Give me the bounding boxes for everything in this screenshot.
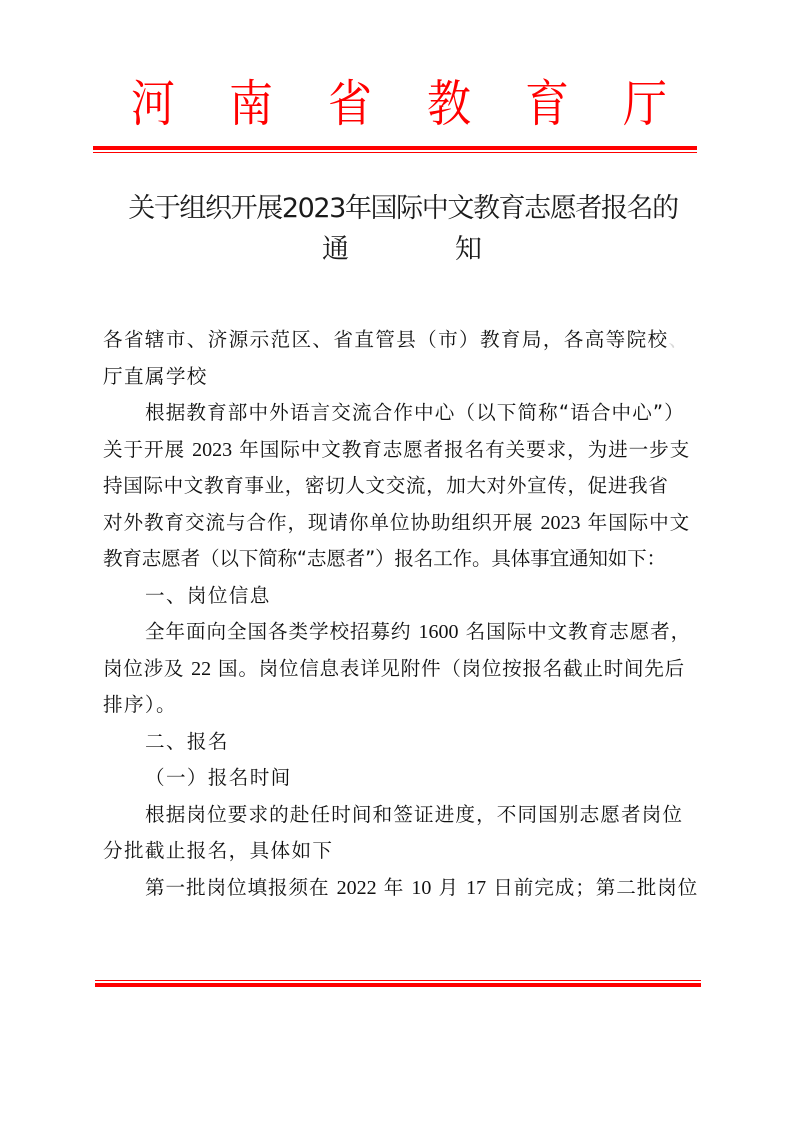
text: 第一批岗位填报须在 xyxy=(145,876,337,899)
section-2-heading: 二、报名 xyxy=(145,724,703,760)
letterhead-char: 厅 xyxy=(623,74,667,134)
section-2-line-2: 分批截止报名，具体如下 xyxy=(103,833,703,869)
deadline-month: 10 xyxy=(411,877,431,899)
text: 年国际中文教育志愿者报名有关要求，为进一步支 xyxy=(232,438,690,461)
letterhead-char: 育 xyxy=(525,74,569,134)
year-number: 2023 xyxy=(541,512,581,534)
letterhead-char: 南 xyxy=(229,74,273,134)
document-page: 河 南 省 教 育 厅 关于组织开展2023年国际中文教育志愿者报名的 通 知 … xyxy=(0,0,793,1122)
text: 月 xyxy=(431,876,466,899)
text: 日前完成；第二批岗位 xyxy=(486,876,698,899)
text: 岗位涉及 xyxy=(103,657,191,680)
document-title: 关于组织开展2023年国际中文教育志愿者报名的 xyxy=(96,191,710,227)
section-1-heading: 一、岗位信息 xyxy=(145,578,703,614)
recipients-text: 各省辖市、济源示范区、省直管县（市）教育局，各高等院校 xyxy=(103,328,668,351)
text: 关于开展 xyxy=(103,438,192,461)
intro-line-4: 对外教育交流与合作，现请你单位协助组织开展 2023 年国际中文 xyxy=(103,505,703,541)
letterhead-char: 河 xyxy=(131,74,175,134)
letterhead-rule-thick xyxy=(93,146,697,150)
text: 对外教育交流与合作，现请你单位协助组织开展 xyxy=(103,511,541,534)
recipients-trailing-mark: 、 xyxy=(668,328,689,351)
intro-line-1: 根据教育部中外语言交流合作中心（以下简称“语合中心”） xyxy=(145,395,703,431)
section-2-sub1-heading: （一）报名时间 xyxy=(145,760,703,796)
intro-line-3: 持国际中文教育事业，密切人文交流，加大对外宣传，促进我省 xyxy=(103,468,703,504)
section-2-line-1: 根据岗位要求的赴任时间和签证进度，不同国别志愿者岗位 xyxy=(145,797,703,833)
text: 全年面向全国各类学校招募约 xyxy=(145,620,419,643)
text: 名国际中文教育志愿者， xyxy=(459,620,692,643)
country-count: 22 xyxy=(191,658,211,680)
deadline-day: 17 xyxy=(466,877,486,899)
year-number: 2023 xyxy=(192,439,232,461)
letterhead-char: 教 xyxy=(427,74,471,134)
text: 国。岗位信息表详见附件（岗位按报名截止时间先后 xyxy=(211,657,685,680)
letterhead-rule-thin xyxy=(93,152,697,153)
intro-line-2: 关于开展 2023 年国际中文教育志愿者报名有关要求，为进一步支 xyxy=(103,432,703,468)
section-2-line-3: 第一批岗位填报须在 2022 年 10 月 17 日前完成；第二批岗位 xyxy=(145,870,703,906)
volunteer-count: 1600 xyxy=(419,621,459,643)
letterhead-char: 省 xyxy=(328,74,372,134)
footer-rule-thick xyxy=(95,983,701,987)
document-title-tong: 通 xyxy=(322,232,349,268)
recipients-line-1: 各省辖市、济源示范区、省直管县（市）教育局，各高等院校、 xyxy=(103,322,703,358)
text: 年 xyxy=(377,876,412,899)
text: 年国际中文 xyxy=(581,511,691,534)
section-1-line-3: 排序）。 xyxy=(103,687,703,723)
intro-line-5: 教育志愿者（以下简称“志愿者”）报名工作。具体事宜通知如下： xyxy=(103,541,703,577)
section-1-line-1: 全年面向全国各类学校招募约 1600 名国际中文教育志愿者， xyxy=(145,614,703,650)
recipients-line-2: 厅直属学校 xyxy=(103,359,703,395)
document-title-zhi: 知 xyxy=(455,232,482,268)
letterhead: 河 南 省 教 育 厅 xyxy=(0,74,793,140)
section-1-line-2: 岗位涉及 22 国。岗位信息表详见附件（岗位按报名截止时间先后 xyxy=(103,651,703,687)
deadline-year: 2022 xyxy=(337,877,377,899)
footer-rule-thin xyxy=(95,980,701,981)
